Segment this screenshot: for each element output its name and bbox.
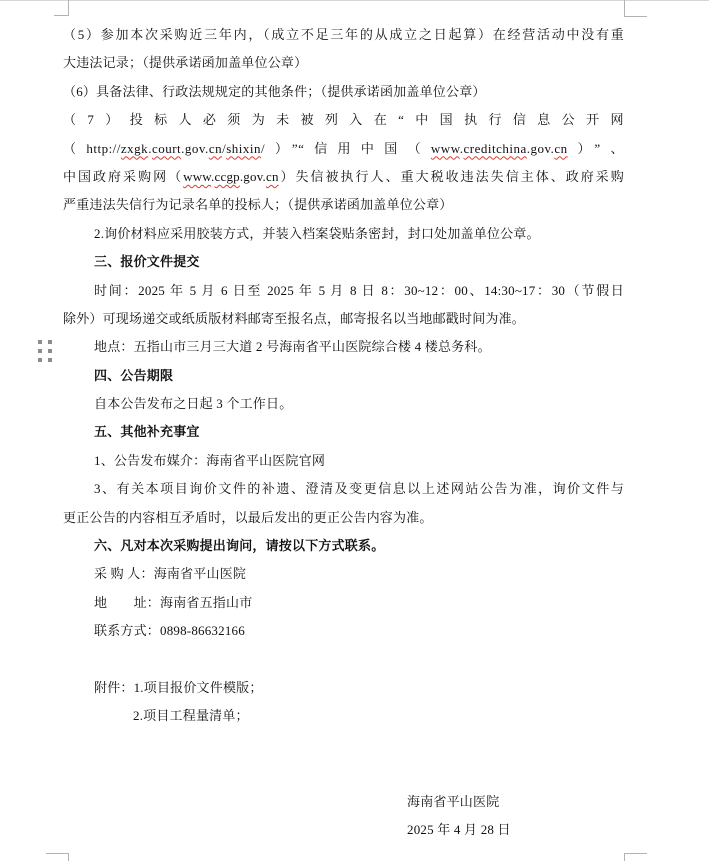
misspelled-word: www [431, 141, 460, 156]
text-segment: /）”“信用中国（ [261, 141, 431, 156]
doc-line[interactable]: 3、有关本项目询价文件的补遗、澄清及变更信息以上述网站公告为准，询价文件与 [63, 475, 624, 503]
doc-line[interactable]: 地 址：海南省五指山市 [63, 589, 624, 617]
doc-line[interactable]: 时间：2025 年 5 月 6 日至 2025 年 5 月 8 日 8：30~1… [63, 277, 624, 305]
doc-line[interactable]: 大违法记录；（提供承诺函加盖单位公章） [63, 49, 624, 77]
misspelled-word: court [152, 141, 181, 156]
doc-line[interactable]: 四、公告期限 [63, 362, 624, 390]
text-segment: .gov. [240, 169, 266, 184]
text-segment: （http:// [63, 141, 121, 156]
misspelled-word: shixin [226, 141, 261, 156]
doc-line[interactable]: 三、报价文件提交 [63, 248, 624, 276]
doc-line[interactable]: 1、公告发布媒介：海南省平山医院官网 [63, 447, 624, 475]
doc-line[interactable]: 除外）可现场递交或纸质版材料邮寄至报名点，邮寄报名以当地邮戳时间为准。 [63, 305, 624, 333]
margin-crop-mark-bottom-right [624, 853, 647, 861]
doc-line[interactable]: （7）投标人必须为未被列入在“中国执行信息公开网 [63, 106, 624, 134]
doc-line[interactable]: 2.询价材料应采用胶装方式，并装入档案袋贴条密封，封口处加盖单位公章。 [63, 220, 624, 248]
doc-line[interactable]: 五、其他补充事宜 [63, 418, 624, 446]
doc-line[interactable]: 自本公告发布之日起 3 个工作日。 [63, 390, 624, 418]
doc-line[interactable]: 地点：五指山市三月三大道 2 号海南省平山医院综合楼 4 楼总务科。 [63, 333, 624, 361]
doc-line[interactable]: 2025 年 4 月 28 日 [63, 816, 624, 844]
doc-blank-line [63, 646, 624, 674]
text-segment: 中国政府采购网（ [63, 169, 183, 184]
text-segment: .gov. [527, 141, 555, 156]
document-page: （5）参加本次采购近三年内，（成立不足三年的从成立之日起算）在经营活动中没有重大… [0, 0, 709, 861]
misspelled-word: cn [266, 169, 279, 184]
misspelled-word: creditchina [464, 141, 527, 156]
misspelled-word: www [183, 169, 211, 184]
misspelled-word: cn [209, 141, 222, 156]
doc-line[interactable]: 更正公告的内容相互矛盾时，以最后发出的更正公告内容为准。 [63, 504, 624, 532]
doc-line[interactable]: 六、凡对本次采购提出询问，请按以下方式联系。 [63, 532, 624, 560]
doc-line[interactable]: （http://zxgk.court.gov.cn/shixin/）”“信用中国… [63, 135, 624, 163]
doc-line[interactable]: 海南省平山医院 [63, 788, 624, 816]
doc-blank-line [63, 759, 624, 787]
doc-line[interactable]: 采 购 人：海南省平山医院 [63, 560, 624, 588]
margin-crop-mark-bottom-left [46, 853, 69, 861]
misspelled-word: cn [554, 141, 567, 156]
misspelled-word: ccgp [215, 169, 240, 184]
doc-line[interactable]: 中国政府采购网（www.ccgp.gov.cn）失信被执行人、重大税收违法失信主… [63, 163, 624, 191]
doc-line[interactable]: （6）具备法律、行政法规规定的其他条件；（提供承诺函加盖单位公章） [63, 78, 624, 106]
doc-line[interactable]: （5）参加本次采购近三年内，（成立不足三年的从成立之日起算）在经营活动中没有重 [63, 21, 624, 49]
document-body[interactable]: （5）参加本次采购近三年内，（成立不足三年的从成立之日起算）在经营活动中没有重大… [0, 0, 709, 844]
text-segment: ）失信被执行人、重大税收违法失信主体、政府采购 [279, 169, 624, 184]
misspelled-word: zxgk [121, 141, 148, 156]
doc-line[interactable]: 附件：1.项目报价文件模版； [63, 674, 624, 702]
doc-line[interactable]: 联系方式：0898-86632166 [63, 617, 624, 645]
doc-blank-line [63, 731, 624, 759]
text-segment: ）”、 [568, 141, 624, 156]
doc-line[interactable]: 严重违法失信行为记录名单的投标人；（提供承诺函加盖单位公章） [63, 191, 624, 219]
text-segment: .gov. [181, 141, 209, 156]
doc-line[interactable]: 2.项目工程量清单； [63, 702, 624, 730]
